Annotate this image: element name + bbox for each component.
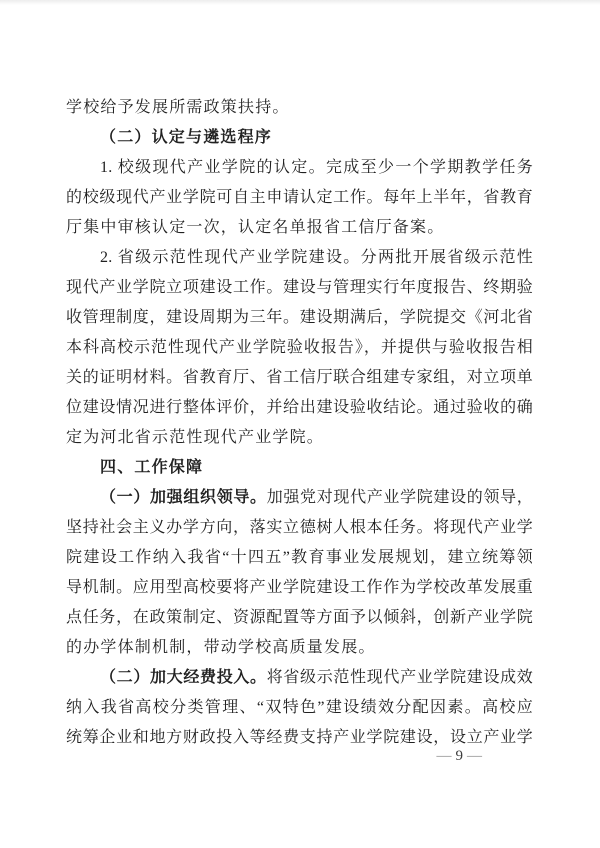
text-line: 定为河北省示范性现代产业学院。 <box>66 423 533 453</box>
text-line: 院建设工作纳入我省“十四五”教育事业发展规划，建立统筹领 <box>66 543 533 573</box>
paragraph-lead: （二）加大经费投入。 <box>100 669 267 686</box>
text-line: 纳入我省高校分类管理、“双特色”建设绩效分配因素。高校应 <box>66 693 533 723</box>
paragraph-text: 加强党对现代产业学院建设的领导， <box>267 489 533 506</box>
text-line: 学校给予发展所需政策扶持。 <box>66 93 533 123</box>
scan-edge-shadow <box>0 0 600 5</box>
text-line: 现代产业学院立项建设工作。建设与管理实行年度报告、终期验 <box>66 273 533 303</box>
text-line: 2. 省级示范性现代产业学院建设。分两批开展省级示范性 <box>66 243 533 273</box>
text-line: 导机制。应用型高校要将产业学院建设工作作为学校改革发展重 <box>66 573 533 603</box>
subsection-heading: （二）认定与遴选程序 <box>66 123 533 153</box>
page-number-dash-left: — <box>433 748 456 764</box>
text-line: 关的证明材料。省教育厅、省工信厅联合组建专家组，对立项单 <box>66 363 533 393</box>
paragraph-lead: （一）加强组织领导。 <box>100 489 267 506</box>
text-line: 位建设情况进行整体评价，并给出建设验收结论。通过验收的确 <box>66 393 533 423</box>
text-line: 的办学体制机制，带动学校高质量发展。 <box>66 633 533 663</box>
document-page: 学校给予发展所需政策扶持。 （二）认定与遴选程序 1. 校级现代产业学院的认定。… <box>0 0 600 848</box>
page-number-dash-right: — <box>463 748 486 764</box>
section-heading: 四、工作保障 <box>66 453 533 483</box>
text-line: 坚持社会主义办学方向，落实立德树人根本任务。将现代产业学 <box>66 513 533 543</box>
paragraph-text: 将省级示范性现代产业学院建设成效 <box>267 669 533 686</box>
text-line: 收管理制度，建设周期为三年。建设期满后，学院提交《河北省 <box>66 303 533 333</box>
text-line: 厅集中审核认定一次，认定名单报省工信厅备案。 <box>66 213 533 243</box>
page-number: —9— <box>433 748 487 764</box>
text-line: （一）加强组织领导。加强党对现代产业学院建设的领导， <box>66 483 533 513</box>
text-line: 的校级现代产业学院可自主申请认定工作。每年上半年，省教育 <box>66 183 533 213</box>
text-line: 点任务，在政策制定、资源配置等方面予以倾斜，创新产业学院 <box>66 603 533 633</box>
text-line: 1. 校级现代产业学院的认定。完成至少一个学期教学任务 <box>66 153 533 183</box>
text-line: （二）加大经费投入。将省级示范性现代产业学院建设成效 <box>66 663 533 693</box>
text-line: 本科高校示范性现代产业学院验收报告》，并提供与验收报告相 <box>66 333 533 363</box>
page-number-value: 9 <box>456 748 464 764</box>
document-body: 学校给予发展所需政策扶持。 （二）认定与遴选程序 1. 校级现代产业学院的认定。… <box>66 93 533 753</box>
